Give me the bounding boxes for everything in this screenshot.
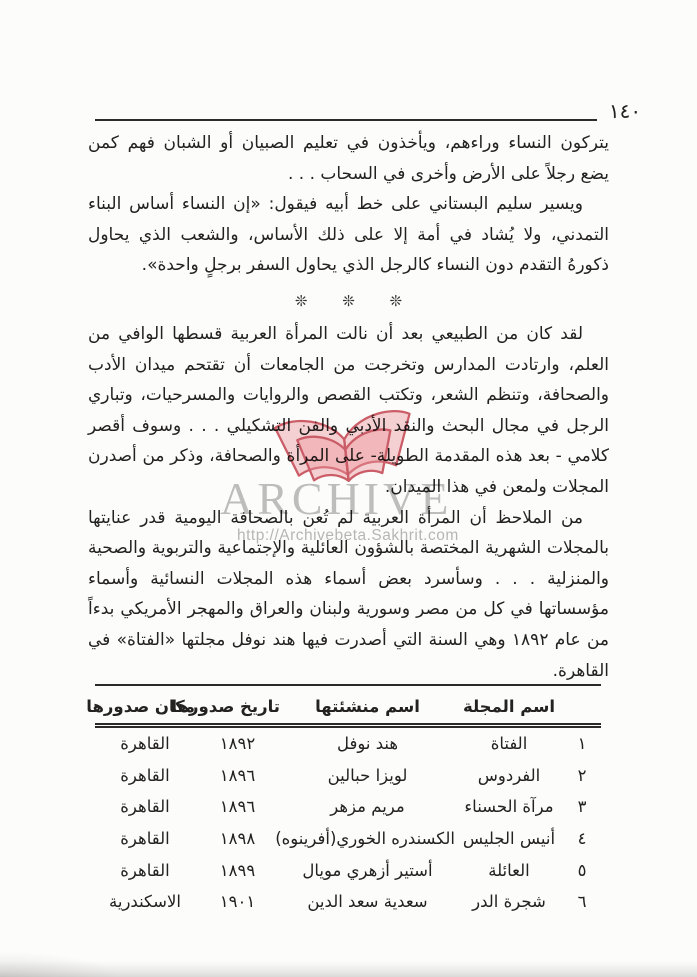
row-number: ١ xyxy=(563,734,601,753)
publication-date: ١٨٩٦ xyxy=(195,766,280,785)
publication-date: ١٨٩٢ xyxy=(195,734,280,753)
table-header-founder: اسم منشئتها xyxy=(280,697,455,716)
publication-date: ١٩٠١ xyxy=(195,892,280,911)
header-rule xyxy=(95,119,597,121)
table-row: ٢ الفردوس لويزا حبالين ١٨٩٦ القاهرة xyxy=(95,760,601,792)
section-separator-asterisks: ❊ ❊ ❊ xyxy=(88,288,609,314)
magazine-name: أنيس الجليس xyxy=(455,829,563,848)
table-row: ١ الفتاة هند نوفل ١٨٩٢ القاهرة xyxy=(95,728,601,760)
founder-name: مريم مزهر xyxy=(280,797,455,816)
table-row: ٥ العائلة أستير أزهري مويال ١٨٩٩ القاهرة xyxy=(95,854,601,886)
magazine-name: الفتاة xyxy=(455,734,563,753)
scanned-book-page: ١٤٠ يتركون النساء وراءهم، ويأخذون في تعل… xyxy=(0,0,697,977)
magazine-name: العائلة xyxy=(455,861,563,880)
table-header-date: تاريخ صدورها xyxy=(195,697,280,716)
publication-place: القاهرة xyxy=(95,797,195,816)
founder-name: هند نوفل xyxy=(280,734,455,753)
paragraph: ويسير سليم البستاني على خط أبيه فيقول: «… xyxy=(88,189,609,281)
publication-date: ١٨٩٩ xyxy=(195,861,280,880)
magazine-name: مرآة الحسناء xyxy=(455,797,563,816)
publication-place: الاسكندرية xyxy=(95,892,195,911)
publication-place: القاهرة xyxy=(95,861,195,880)
founder-name: أستير أزهري مويال xyxy=(280,861,455,880)
paragraph: لقد كان من الطبيعي بعد أن نالت المرأة ال… xyxy=(88,319,609,503)
page-number: ١٤٠ xyxy=(601,99,649,123)
publication-place: القاهرة xyxy=(95,766,195,785)
table-header-row: اسم المجلة اسم منشئتها تاريخ صدورها مكان… xyxy=(95,686,601,728)
magazine-name: شجرة الدر xyxy=(455,892,563,911)
row-number: ٣ xyxy=(563,797,601,816)
row-number: ٢ xyxy=(563,766,601,785)
table-row: ٤ أنيس الجليس الكسندره الخوري(أفرينوه) ١… xyxy=(95,823,601,855)
row-number: ٥ xyxy=(563,861,601,880)
page-text-block: يتركون النساء وراءهم، ويأخذون في تعليم ا… xyxy=(88,128,609,686)
founder-name: لويزا حبالين xyxy=(280,766,455,785)
founder-name: الكسندره الخوري(أفرينوه) xyxy=(280,829,455,848)
table-row: ٦ شجرة الدر سعدية سعد الدين ١٩٠١ الاسكند… xyxy=(95,886,601,918)
table-header-name: اسم المجلة xyxy=(455,697,563,716)
magazine-name: الفردوس xyxy=(455,766,563,785)
table-row: ٣ مرآة الحسناء مريم مزهر ١٨٩٦ القاهرة xyxy=(95,791,601,823)
publication-place: القاهرة xyxy=(95,734,195,753)
scan-corner-smudge xyxy=(0,951,120,977)
table-header-number xyxy=(563,697,601,716)
row-number: ٤ xyxy=(563,829,601,848)
publication-place: القاهرة xyxy=(95,829,195,848)
publication-date: ١٨٩٦ xyxy=(195,797,280,816)
paragraph: يتركون النساء وراءهم، ويأخذون في تعليم ا… xyxy=(88,128,609,189)
row-number: ٦ xyxy=(563,892,601,911)
paragraph: من الملاحظ أن المرأة العربية لم تُعن بال… xyxy=(88,503,609,687)
table-header-place: مكان صدورها xyxy=(95,697,195,716)
magazines-table: اسم المجلة اسم منشئتها تاريخ صدورها مكان… xyxy=(95,684,601,918)
founder-name: سعدية سعد الدين xyxy=(280,892,455,911)
publication-date: ١٨٩٨ xyxy=(195,829,280,848)
